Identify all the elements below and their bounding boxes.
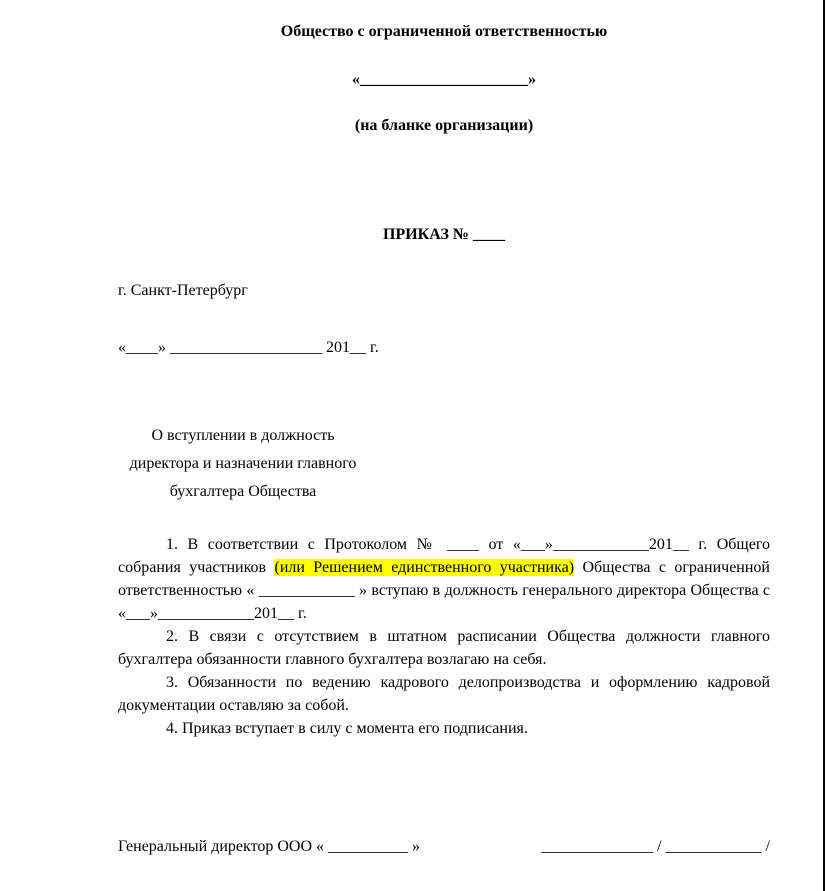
page-right-border-rule (823, 0, 825, 891)
order-body: 1. В соответствии с Протоколом № ____ от… (118, 533, 770, 740)
signature-title-label: Генеральный директор ООО « __________ » (118, 837, 420, 857)
letterhead-note: (на бланке организации) (118, 116, 770, 136)
city-line: г. Санкт-Петербург (118, 281, 770, 301)
paragraph-1: 1. В соответствии с Протоколом № ____ от… (118, 533, 770, 625)
order-title: ПРИКАЗ № ____ (118, 225, 770, 245)
date-blank-line: «____» ___________________ 201__ г. (118, 338, 770, 358)
subject-line-2: директора и назначении главного (118, 450, 368, 478)
document-page: Общество с ограниченной ответственностью… (0, 0, 827, 891)
org-type-heading: Общество с ограниченной ответственностью (118, 22, 770, 42)
paragraph-2: 2. В связи с отсутствием в штатном распи… (118, 625, 770, 671)
paragraph-1-highlighted-text: (или Решением единственного участника) (274, 559, 574, 576)
signature-row: Генеральный директор ООО « __________ » … (118, 837, 770, 857)
subject-block: О вступлении в должность директора и наз… (118, 422, 368, 506)
subject-line-1: О вступлении в должность (118, 422, 368, 450)
paragraph-3: 3. Обязанности по ведению кадрового дело… (118, 671, 770, 717)
paragraph-4: 4. Приказ вступает в силу с момента его … (118, 717, 770, 740)
org-name-blank: «_____________________» (118, 70, 770, 90)
subject-line-3: бухгалтера Общества (118, 478, 368, 506)
signature-name-blank: ______________ / ____________ / (541, 837, 770, 857)
